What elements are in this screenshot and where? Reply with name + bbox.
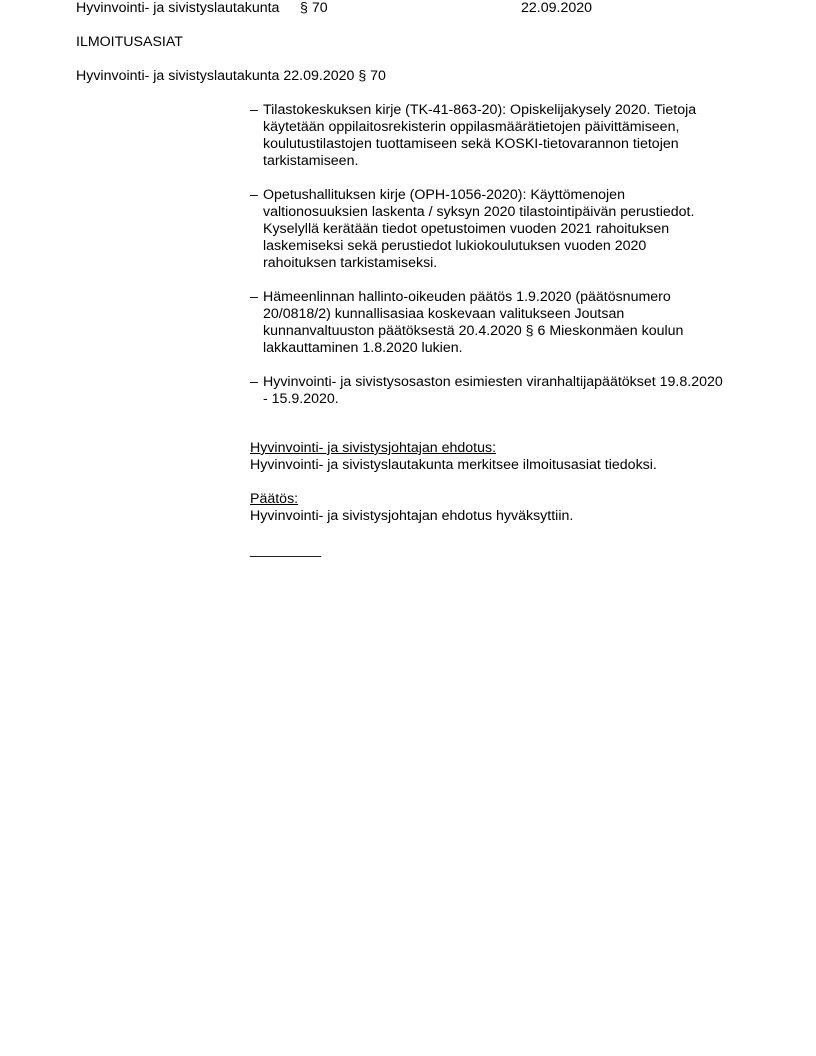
header-paragraph: § 70 xyxy=(300,0,328,17)
list-item-line: Hyvinvointi- ja sivistysosaston esimiest… xyxy=(263,374,750,391)
list-item-line: tarkistamiseen. xyxy=(263,153,750,170)
list-item: – Hyvinvointi- ja sivistysosaston esimie… xyxy=(250,374,750,408)
list-item-line: laskemiseksi sekä perustiedot lukiokoulu… xyxy=(263,238,750,255)
header-committee: Hyvinvointi- ja sivistyslautakunta xyxy=(76,0,279,17)
list-item: – Tilastokeskuksen kirje (TK-41-863-20):… xyxy=(250,102,750,170)
list-item-line: lakkauttaminen 1.8.2020 lukien. xyxy=(263,340,750,357)
dash-bullet-icon: – xyxy=(250,289,258,306)
dash-bullet-icon: – xyxy=(250,374,258,391)
decision-text: Hyvinvointi- ja sivistysjohtajan ehdotus… xyxy=(250,508,573,525)
list-item: – Hämeenlinnan hallinto-oikeuden päätös … xyxy=(250,289,750,357)
list-item-line: Hämeenlinnan hallinto-oikeuden päätös 1.… xyxy=(263,289,750,306)
decision-label: Päätös: xyxy=(250,491,573,508)
decision-section: Päätös: Hyvinvointi- ja sivistysjohtajan… xyxy=(250,491,573,525)
header-date: 22.09.2020 xyxy=(521,0,592,17)
list-item-line: koulutustilastojen tuottamiseen sekä KOS… xyxy=(263,136,750,153)
list-item: – Opetushallituksen kirje (OPH-1056-2020… xyxy=(250,187,750,272)
list-item-line: rahoituksen tarkistamiseksi. xyxy=(263,255,750,272)
list-item-line: kunnanvaltuuston päätöksestä 20.4.2020 §… xyxy=(263,323,750,340)
document-heading: ILMOITUSASIAT xyxy=(76,34,183,51)
proposal-label: Hyvinvointi- ja sivistysjohtajan ehdotus… xyxy=(250,440,657,457)
meeting-reference: Hyvinvointi- ja sivistyslautakunta 22.09… xyxy=(76,68,386,85)
list-item-line: Tilastokeskuksen kirje (TK-41-863-20): O… xyxy=(263,102,750,119)
proposal-section: Hyvinvointi- ja sivistysjohtajan ehdotus… xyxy=(250,440,657,474)
list-item-line: käytetään oppilaitosrekisterin oppilasmä… xyxy=(263,119,750,136)
announcement-list: – Tilastokeskuksen kirje (TK-41-863-20):… xyxy=(250,102,750,425)
dash-bullet-icon: – xyxy=(250,187,258,204)
list-item-line: - 15.9.2020. xyxy=(263,391,750,408)
list-item-line: 20/0818/2) kunnallisasiaa koskevaan vali… xyxy=(263,306,750,323)
dash-bullet-icon: – xyxy=(250,102,258,119)
proposal-text: Hyvinvointi- ja sivistyslautakunta merki… xyxy=(250,457,657,474)
list-item-line: valtionosuuksien laskenta / syksyn 2020 … xyxy=(263,204,750,221)
list-item-line: Kyselyllä kerätään tiedot opetustoimen v… xyxy=(263,221,750,238)
end-divider: _________ xyxy=(250,542,321,559)
list-item-line: Opetushallituksen kirje (OPH-1056-2020):… xyxy=(263,187,750,204)
